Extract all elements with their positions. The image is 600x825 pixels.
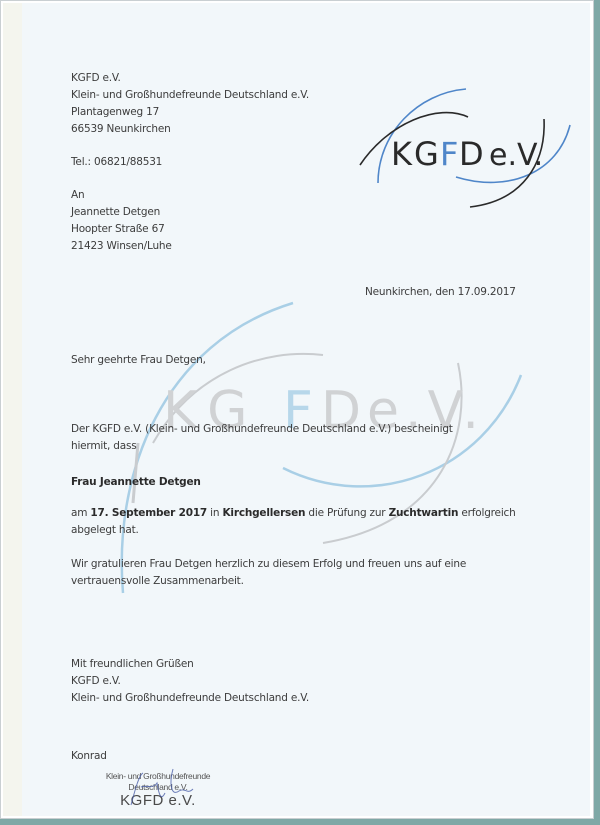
svg-text:e.V.: e.V. bbox=[489, 138, 543, 173]
closing-greeting: Mit freundlichen Grüßen bbox=[71, 656, 194, 673]
letter-page: KG F De.V. KGFD e.V. Klein- und Großhund… bbox=[3, 3, 590, 816]
exam-line-1: am 17. September 2017 in Kirchgellersen … bbox=[71, 505, 516, 522]
recipient-label: An bbox=[71, 187, 84, 204]
signature-icon bbox=[113, 765, 203, 810]
congrats-line-1: Wir gratulieren Frau Detgen herzlich zu … bbox=[71, 556, 466, 573]
exam-mid2: die Prüfung zur bbox=[305, 507, 388, 519]
signer-name: Konrad bbox=[71, 748, 107, 765]
recipient-street: Hoopter Straße 67 bbox=[71, 221, 165, 238]
congrats-line-2: vertrauensvolle Zusammenarbeit. bbox=[71, 573, 244, 590]
exam-date: 17. September 2017 bbox=[90, 507, 207, 519]
sender-name-short: KGFD e.V. bbox=[71, 70, 121, 87]
scan-edge bbox=[3, 3, 22, 816]
intro-line-2: hiermit, dass bbox=[71, 438, 137, 455]
certified-person: Frau Jeannette Detgen bbox=[71, 474, 201, 491]
exam-pre: am bbox=[71, 507, 90, 519]
closing-org-short: KGFD e.V. bbox=[71, 673, 121, 690]
exam-post: erfolgreich bbox=[458, 507, 515, 519]
svg-text:F: F bbox=[440, 135, 458, 173]
svg-text:D: D bbox=[459, 135, 484, 173]
exam-mid1: in bbox=[207, 507, 222, 519]
document-frame: KG F De.V. KGFD e.V. Klein- und Großhund… bbox=[0, 0, 594, 819]
exam-place: Kirchgellersen bbox=[223, 507, 306, 519]
sender-phone: Tel.: 06821/88531 bbox=[71, 154, 162, 171]
salutation: Sehr geehrte Frau Detgen, bbox=[71, 352, 206, 369]
closing-org-long: Klein- und Großhundefreunde Deutschland … bbox=[71, 690, 309, 707]
svg-text:K: K bbox=[391, 135, 413, 173]
exam-role: Zuchtwartin bbox=[389, 507, 459, 519]
sender-name-long: Klein- und Großhundefreunde Deutschland … bbox=[71, 87, 309, 104]
recipient-name: Jeannette Detgen bbox=[71, 204, 160, 221]
svg-text:G: G bbox=[414, 135, 439, 173]
recipient-city: 21423 Winsen/Luhe bbox=[71, 238, 172, 255]
sender-city: 66539 Neunkirchen bbox=[71, 121, 171, 138]
sender-street: Plantagenweg 17 bbox=[71, 104, 159, 121]
exam-line-2: abgelegt hat. bbox=[71, 522, 139, 539]
intro-line-1: Der KGFD e.V. (Klein- und Großhundefreun… bbox=[71, 421, 453, 438]
place-date: Neunkirchen, den 17.09.2017 bbox=[365, 284, 516, 301]
kgfd-logo-icon: K G F D e.V. bbox=[348, 73, 588, 213]
